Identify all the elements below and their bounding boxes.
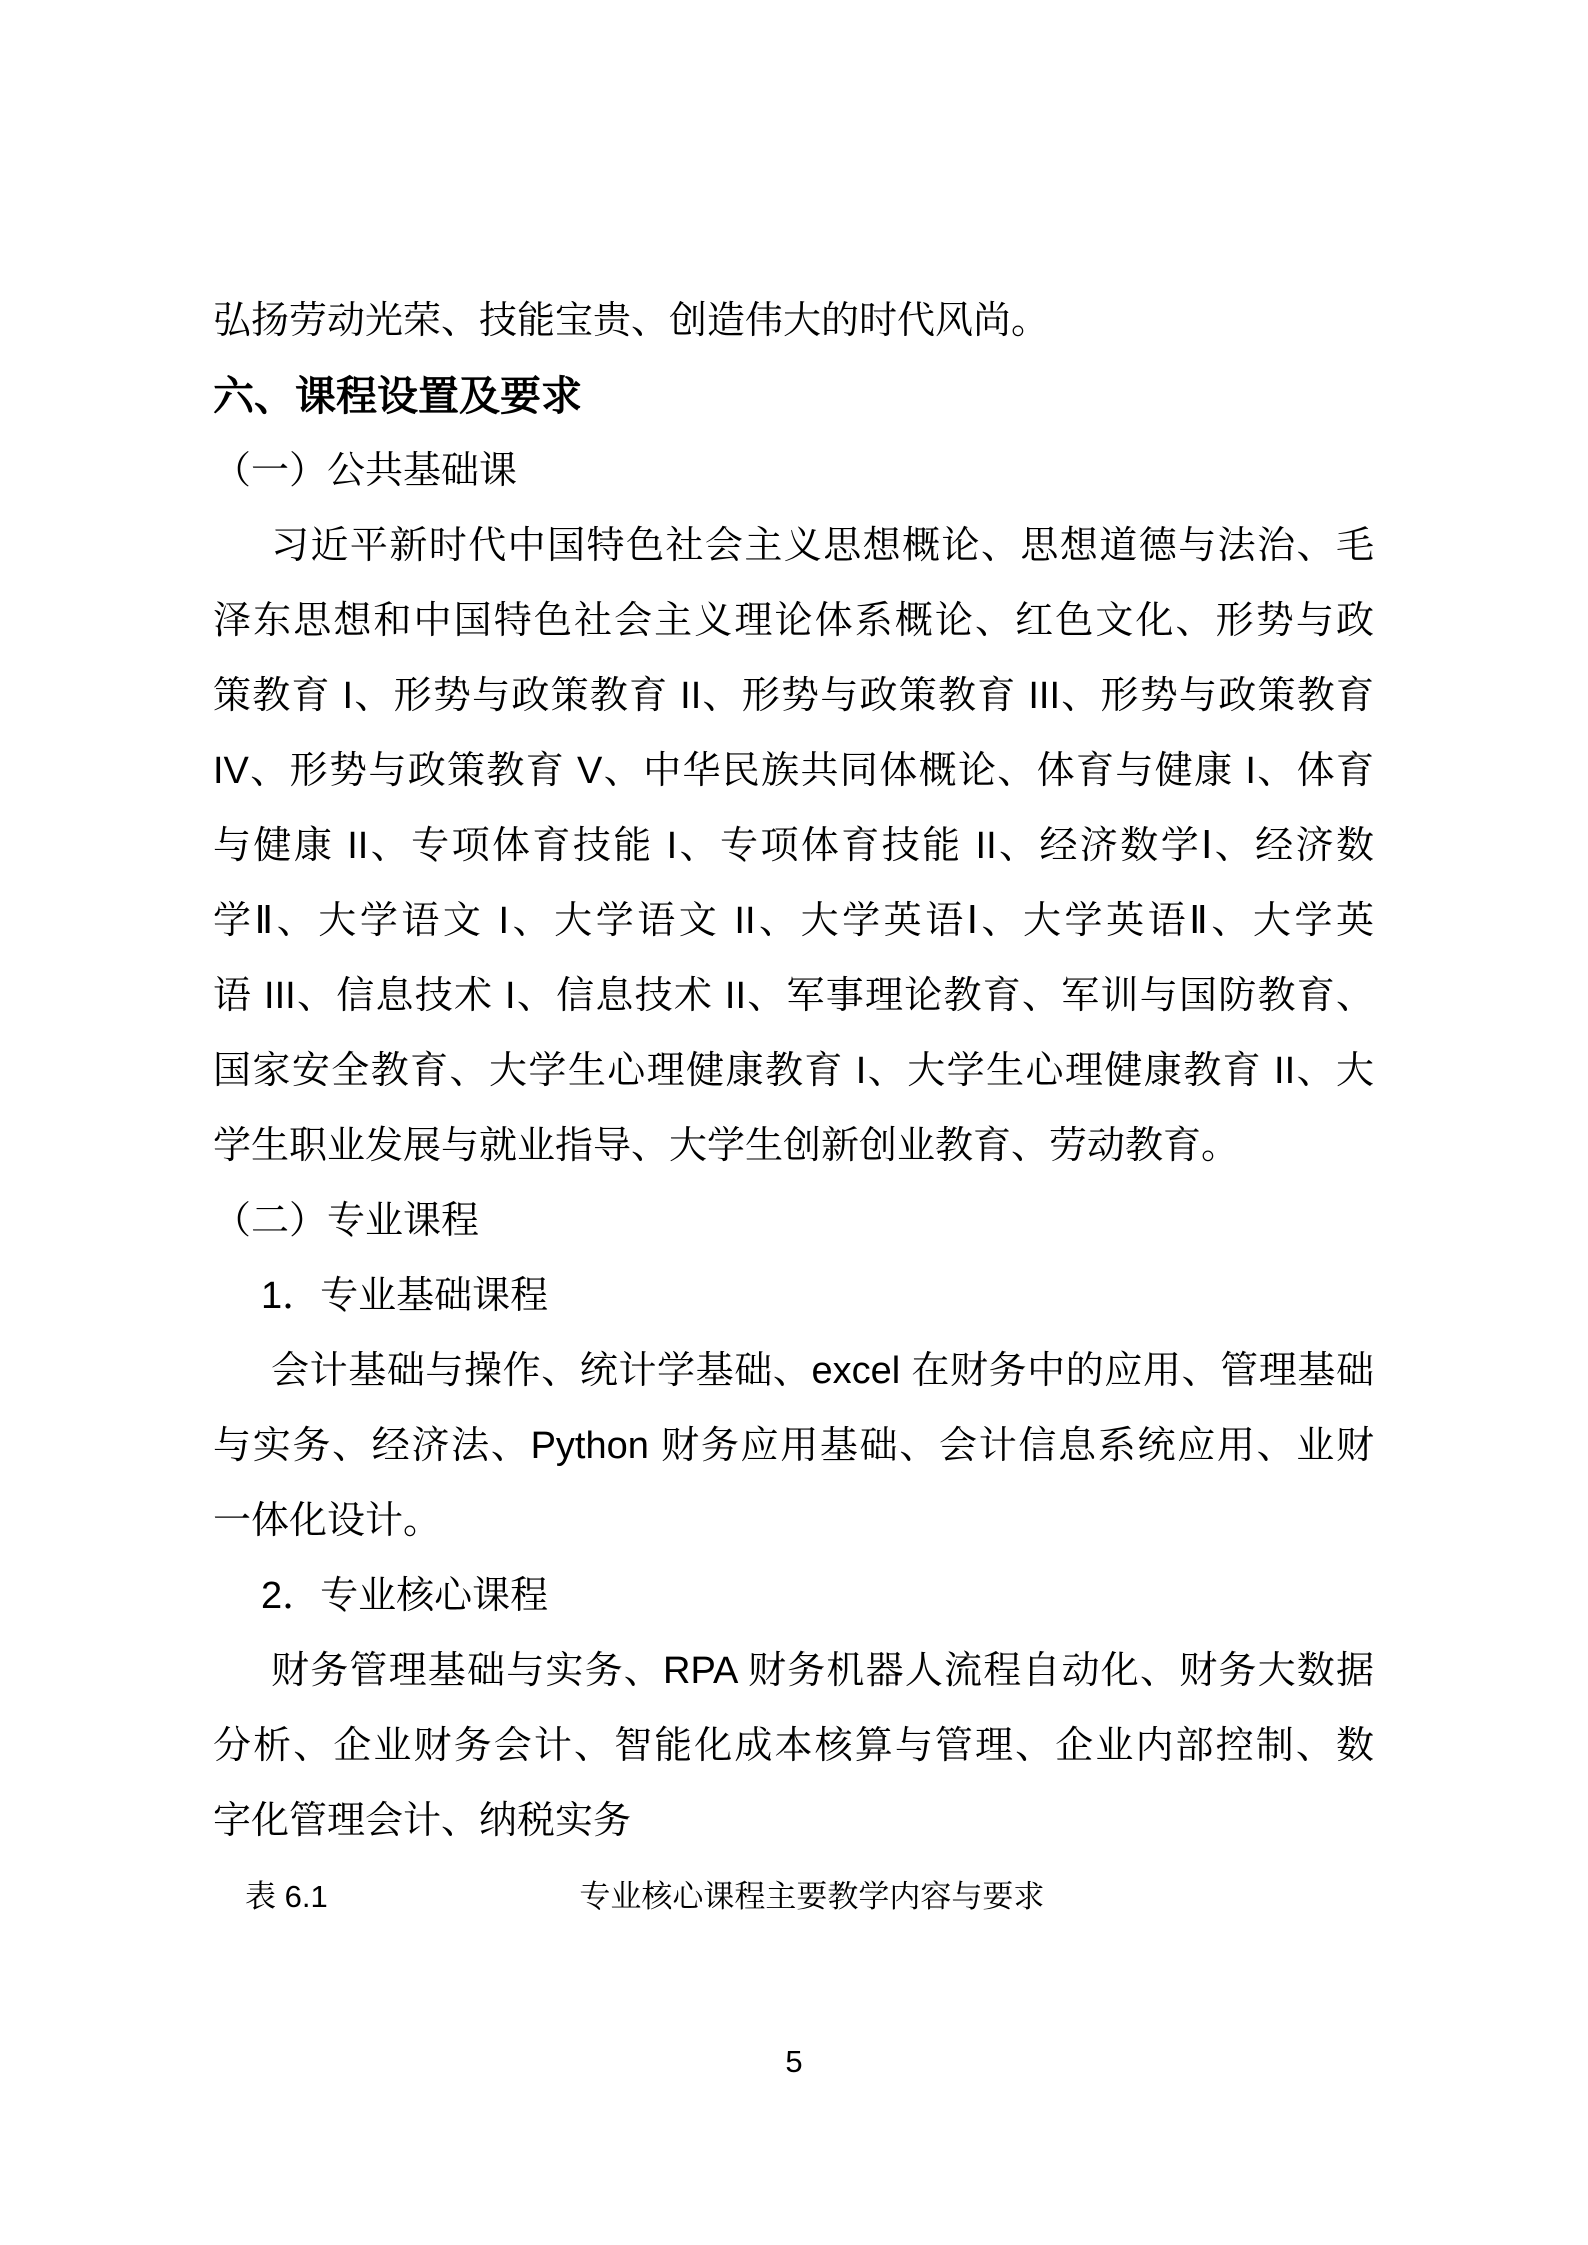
table-caption-title: 专业核心课程主要教学内容与要求 bbox=[579, 1859, 1044, 1934]
page-number: 5 bbox=[0, 2038, 1588, 2086]
public-courses-line: 泽东思想和中国特色社会主义理论体系概论、红色文化、形势与政 bbox=[213, 584, 1374, 659]
public-courses-line: IV、形势与政策教育 V、中华民族共同体概论、体育与健康 I、体育 bbox=[213, 734, 1374, 809]
public-courses-line: 策教育 I、形势与政策教育 II、形势与政策教育 III、形势与政策教育 bbox=[213, 659, 1374, 734]
subsection-major-courses: （二）专业课程 bbox=[213, 1184, 1374, 1259]
item-foundation-courses: 1．专业基础课程 bbox=[213, 1259, 1374, 1334]
table-caption-label: 表 6.1 bbox=[245, 1859, 328, 1934]
public-courses-line: 语 III、信息技术 I、信息技术 II、军事理论教育、军训与国防教育、 bbox=[213, 959, 1374, 1034]
public-courses-line: 与健康 II、专项体育技能 I、专项体育技能 II、经济数学Ⅰ、经济数 bbox=[213, 809, 1374, 884]
document-page: 弘扬劳动光荣、技能宝贵、创造伟大的时代风尚。 六、课程设置及要求 （一）公共基础… bbox=[0, 0, 1588, 2245]
section-heading-course-requirements: 六、课程设置及要求 bbox=[213, 359, 1374, 434]
public-courses-line: 学Ⅱ、大学语文 I、大学语文 II、大学英语Ⅰ、大学英语Ⅱ、大学英 bbox=[213, 884, 1374, 959]
core-courses-line-last: 字化管理会计、纳税实务 bbox=[213, 1784, 1374, 1859]
item-core-courses: 2．专业核心课程 bbox=[213, 1559, 1374, 1634]
core-courses-line: 财务管理基础与实务、RPA 财务机器人流程自动化、财务大数据 bbox=[213, 1634, 1374, 1709]
page-content: 弘扬劳动光荣、技能宝贵、创造伟大的时代风尚。 六、课程设置及要求 （一）公共基础… bbox=[213, 284, 1374, 1934]
paragraph-continuation-line: 弘扬劳动光荣、技能宝贵、创造伟大的时代风尚。 bbox=[213, 284, 1374, 359]
public-courses-line: 习近平新时代中国特色社会主义思想概论、思想道德与法治、毛 bbox=[213, 509, 1374, 584]
foundation-courses-line-last: 一体化设计。 bbox=[213, 1484, 1374, 1559]
public-courses-line-last: 学生职业发展与就业指导、大学生创新创业教育、劳动教育。 bbox=[213, 1109, 1374, 1184]
foundation-courses-line: 与实务、经济法、Python 财务应用基础、会计信息系统应用、业财 bbox=[213, 1409, 1374, 1484]
core-courses-line: 分析、企业财务会计、智能化成本核算与管理、企业内部控制、数 bbox=[213, 1709, 1374, 1784]
public-courses-line: 国家安全教育、大学生心理健康教育 I、大学生心理健康教育 II、大 bbox=[213, 1034, 1374, 1109]
table-caption: 表 6.1 专业核心课程主要教学内容与要求 bbox=[213, 1859, 1374, 1934]
foundation-courses-line: 会计基础与操作、统计学基础、excel 在财务中的应用、管理基础 bbox=[213, 1334, 1374, 1409]
subsection-public-basic-courses: （一）公共基础课 bbox=[213, 434, 1374, 509]
